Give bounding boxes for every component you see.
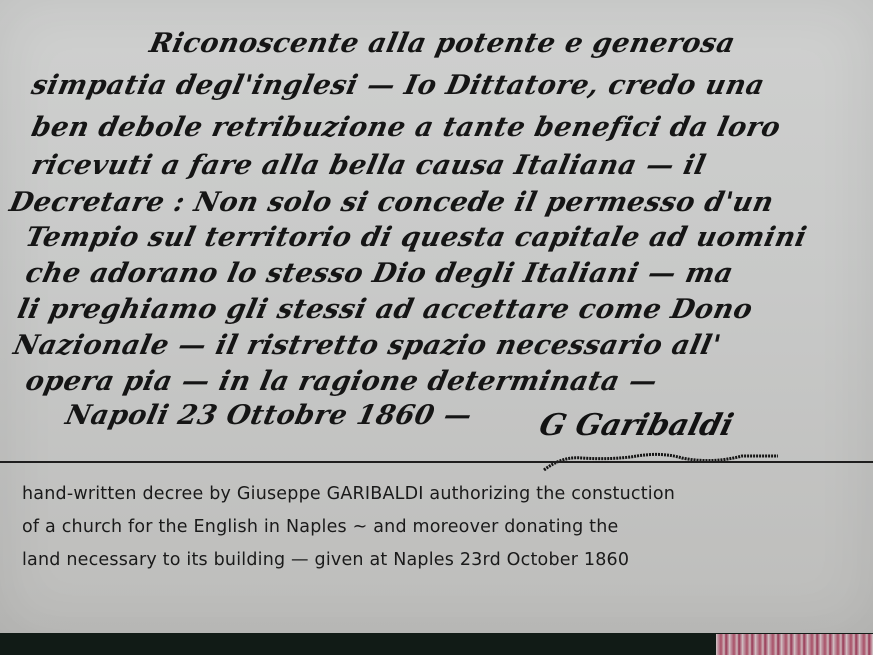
- decree-line-3: ben debole retribuzione a tante benefici…: [29, 112, 784, 143]
- section-divider: [0, 461, 873, 463]
- decree-line-7: che adorano lo stesso Dio degli Italiani…: [23, 258, 736, 289]
- english-caption: hand-written decree by Giuseppe GARIBALD…: [22, 478, 852, 577]
- decree-line-10: opera pia — in la ragione determinata —: [23, 366, 660, 397]
- red-fabric-edge: [716, 634, 873, 655]
- decree-line-4: ricevuti a fare alla bella causa Italian…: [29, 150, 709, 181]
- decree-line-2: simpatia degl'inglesi — Io Dittatore, cr…: [29, 70, 768, 101]
- decree-line-1: Riconoscente alla potente e generosa: [147, 28, 738, 59]
- signature-flourish-icon: [542, 448, 782, 472]
- caption-line-3: land necessary to its building — given a…: [22, 544, 852, 577]
- garibaldi-signature: G Garibaldi: [536, 408, 737, 443]
- decree-line-5: Decretare : Non solo si concede il perme…: [7, 187, 777, 218]
- decree-line-9: Nazionale — il ristretto spazio necessar…: [11, 330, 724, 361]
- decree-dateline: Napoli 23 Ottobre 1860 —: [63, 400, 475, 431]
- decree-line-8: li preghiamo gli stessi ad accettare com…: [15, 294, 756, 325]
- caption-line-2: of a church for the English in Naples ~ …: [22, 511, 852, 544]
- decree-line-6: Tempio sul territorio di questa capitale…: [23, 222, 810, 253]
- document-sheet: Riconoscente alla potente e generosa sim…: [0, 0, 873, 633]
- caption-line-1: hand-written decree by Giuseppe GARIBALD…: [22, 478, 852, 511]
- photo-scene: Riconoscente alla potente e generosa sim…: [0, 0, 873, 655]
